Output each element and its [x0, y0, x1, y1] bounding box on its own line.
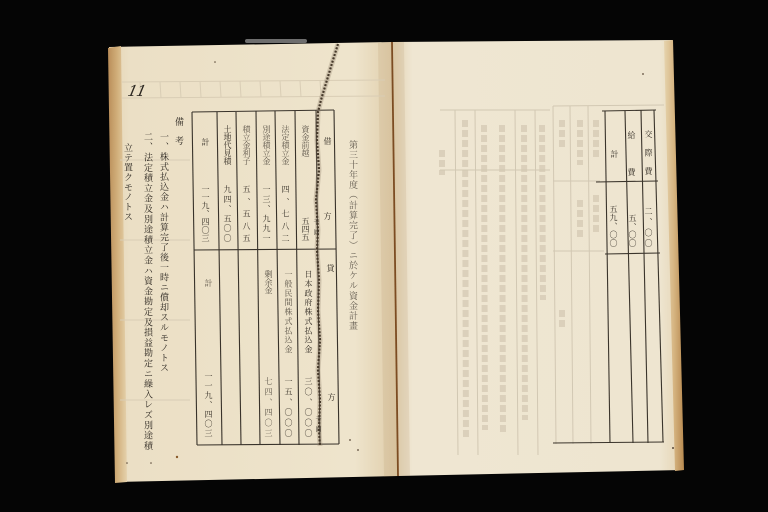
debit-total-label: 計 [201, 138, 209, 146]
debit-total-amount: 一一九、四〇三 [201, 185, 209, 242]
credit-header-top: 貸 [326, 264, 334, 272]
note-line-1: 一、株式払込金ハ計算完了後一時ニ償却スルモノトス [158, 132, 167, 372]
debit-item: 法定積立金 [281, 125, 289, 165]
right-table-total-label: 計 [610, 150, 618, 158]
right-table-item: 給費 [627, 131, 635, 176]
right-table-amount: 五、〇〇 [628, 214, 636, 247]
credit-item: 日本政府株式払込金 [304, 270, 312, 353]
credit-header-bottom: 方 [327, 393, 335, 401]
note-line-2: 二、法定積立金及別途積立金ハ資金勘定及損益勘定ニ繰入レズ別途積 [142, 132, 151, 450]
right-table-total-amount: 五九、〇〇 [609, 205, 617, 247]
debit-item: 積立金利子 [242, 125, 250, 165]
debit-unit-label: 千圓 [312, 219, 318, 235]
credit-total-label: 計 [204, 279, 212, 287]
debit-item: 別途積立金 [262, 125, 270, 165]
debit-amount: 一三、九九一 [262, 185, 270, 242]
debit-amount: 五四五 [301, 217, 309, 239]
book-photo: 11 第三十年度（計算完了）ニ於ケル資金計畫 備考 一、株式払込金ハ計算完了後一… [0, 0, 768, 512]
credit-item: 一般民間株式払込金 [284, 270, 292, 353]
credit-amount: 七四、四〇三 [264, 377, 272, 437]
right-table-amount: 二、〇〇 [644, 207, 652, 247]
book-pages-graphic [0, 0, 768, 512]
note-line-3: 立テ置クモノトス [122, 143, 131, 221]
credit-amount: 一五、〇〇〇 [284, 377, 292, 437]
credit-amount: 三〇、〇〇〇 [304, 377, 312, 437]
credit-item: 剰余金 [264, 270, 272, 294]
debit-header-top: 借 [323, 137, 331, 145]
credit-total-amount: 一一九、四〇三 [204, 372, 212, 437]
page-title: 第三十年度（計算完了）ニ於ケル資金計畫 [347, 140, 356, 330]
debit-header-bottom: 方 [323, 212, 331, 220]
debit-amount: 四、七八二 [281, 185, 289, 242]
notes-heading: 備考 [173, 117, 182, 145]
credit-unit-label: 千圓 [314, 416, 320, 432]
debit-amount: 九四、五〇〇 [223, 185, 231, 242]
bookmark-ribbon [245, 39, 307, 43]
right-table-item: 交際費 [644, 130, 652, 175]
debit-item: 土地代見積 [223, 125, 231, 163]
debit-item: 資金前越 [301, 125, 309, 155]
debit-amount: 五、五八五 [242, 185, 250, 242]
